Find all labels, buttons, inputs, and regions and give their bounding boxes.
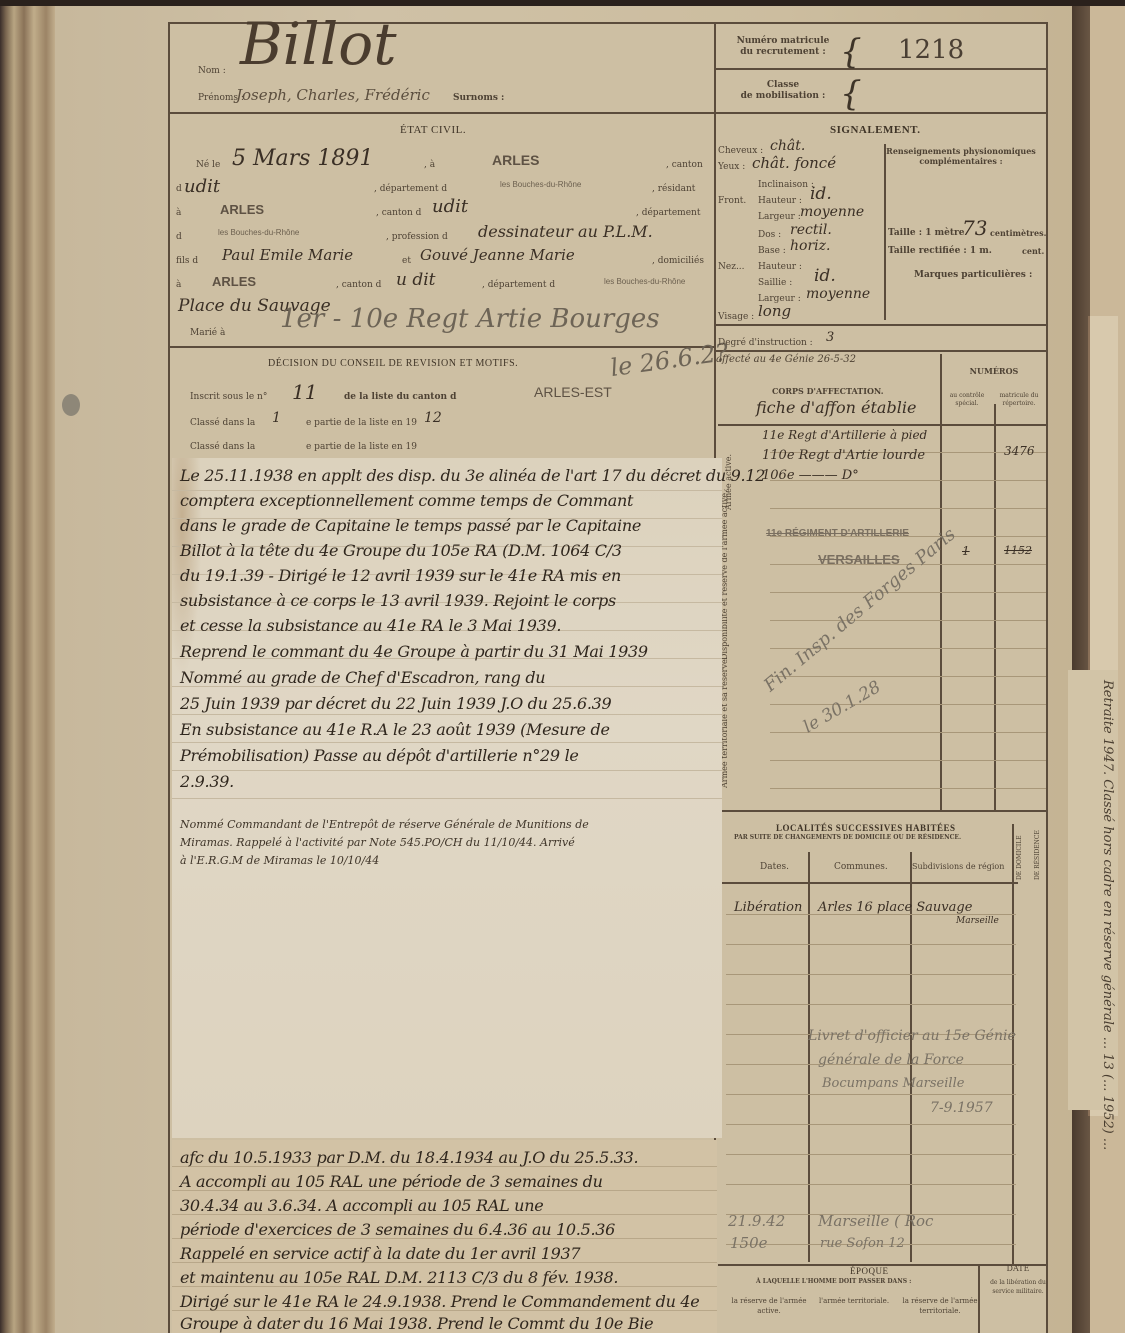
book-spine (0, 6, 60, 1333)
ruling (770, 788, 1046, 789)
ruling (726, 1004, 1016, 1005)
epoque-date-subtitle: de la libération du service militaire. (988, 1278, 1048, 1296)
front-largeur-label: Largeur : (758, 212, 801, 222)
nez-largeur-value: moyenne (806, 286, 870, 302)
ruling (726, 1184, 1016, 1185)
ruling (172, 798, 722, 799)
departement-value-2: les Bouches-du-Rhône (218, 228, 299, 237)
birth-place: ARLES (492, 152, 539, 168)
parents-departement-value: les Bouches-du-Rhône (604, 277, 685, 286)
disponibilite-number-2: 1152 (1004, 544, 1032, 557)
front-label: Front. (718, 196, 746, 206)
fiche-note: fiche d'affon établie (756, 398, 916, 417)
side-handwritten-note: Retraite 1947. Classé hors cadre en rése… (1075, 680, 1115, 1100)
ruling (726, 1094, 1016, 1095)
parents-place: ARLES (212, 274, 256, 289)
typed-note-line-1: Nommé Commandant de l'Entrepôt de réserv… (180, 818, 589, 831)
classe2-label-a: Classé dans la (190, 442, 255, 452)
canton-label: , canton (666, 160, 703, 170)
annotation-line-9: Nommé au grade de Chef d'Escadron, rang … (180, 668, 545, 687)
ruling (726, 1154, 1016, 1155)
localite-row-1-commune: Arles 16 place Sauvage (818, 900, 972, 915)
col-controle: au contrôle spécial. (942, 392, 992, 408)
armee-active-entry-1: 11e Regt d'Artillerie à pied (762, 428, 927, 442)
degre-value: 3 (826, 330, 834, 345)
signalement-divider (884, 144, 886, 320)
parents-a-label: à (176, 280, 181, 290)
col-side-2: DE RÉSIDENCE (1034, 830, 1041, 880)
annotation-line-12: Prémobilisation) Passe au dépôt d'artill… (180, 746, 579, 765)
affectation-header-bottom (718, 424, 1048, 426)
departement-d-label: d (176, 232, 182, 242)
lower-annotation-line-5: Rappelé en service actif à la date du 1e… (180, 1244, 580, 1263)
localite-row-6-commune: Marseille ( Roc (818, 1212, 933, 1230)
lower-annotation-line-7: Dirigé sur le 41e RA le 24.9.1938. Prend… (180, 1292, 699, 1311)
localite-row-5: 7-9.1957 (930, 1100, 993, 1116)
ruling (770, 704, 1046, 705)
departement-value: les Bouches-du-Rhône (500, 180, 581, 189)
numeros-title: NUMÉROS (944, 366, 1044, 376)
classe1-year: 12 (424, 410, 442, 426)
matricule-value: 1218 (898, 35, 964, 65)
lower-annotation-line-8: Groupe à dater du 16 Mai 1938. Prend le … (180, 1314, 653, 1333)
lower-annotation-line-3: 30.4.34 au 3.6.34. A accompli au 105 RAL… (180, 1196, 543, 1215)
ruling (726, 974, 1016, 975)
localites-header-bottom (718, 882, 1018, 884)
header-divider-left (170, 112, 714, 114)
decision-title: DÉCISION DU CONSEIL DE REVISION ET MOTIF… (268, 358, 518, 369)
classe-label-2: de mobilisation : (728, 91, 838, 101)
domicilies-label: , domiciliés (652, 256, 704, 266)
pasted-annotation-slip-lower: afc du 10.5.1933 par D.M. du 18.4.1934 a… (172, 1140, 717, 1333)
lower-annotation-line-4: période d'exercices de 3 semaines du 6.4… (180, 1220, 615, 1239)
taille-unit: centimètres. (990, 228, 1046, 238)
residence-a-label: à (176, 208, 181, 218)
dos-label: Dos : (758, 230, 781, 240)
ruling (770, 676, 1046, 677)
armee-active-entry-2: 110e Regt d'Artie lourde (762, 448, 925, 463)
front-hauteur-label: Hauteur : (758, 196, 802, 206)
prenoms-value: Joseph, Charles, Frédéric (236, 86, 430, 104)
localite-row-6-date: 21.9.42 (728, 1212, 785, 1230)
typed-note-line-2: Miramas. Rappelé à l'activité par Note 5… (180, 836, 575, 849)
localite-row-7-date: 150e (730, 1234, 768, 1252)
renseignements-label-2: complémentaires : (886, 156, 1036, 166)
lower-annotation-line-2: A accompli au 105 RAL une période de 3 s… (180, 1172, 603, 1191)
annotation-line-1: Le 25.11.1938 en applt des disp. du 3e a… (180, 466, 765, 485)
ruling (726, 1124, 1016, 1125)
degre-label: Degré d'instruction : (718, 338, 813, 348)
annotation-line-6: subsistance à ce corps le 13 avril 1939.… (180, 591, 616, 610)
annotation-line-7: et cesse la subsistance au 41e RA le 3 M… (180, 616, 561, 635)
nez-label: Nez... (718, 262, 745, 272)
affectation-bottom (714, 810, 1048, 812)
localite-row-3: générale de la Force (818, 1052, 964, 1068)
renseignements-label-1: Renseignements physionomiques (886, 146, 1036, 156)
pasted-annotation-slip: Le 25.11.1938 en applt des disp. du 3e a… (172, 458, 722, 1138)
ruling (726, 944, 1016, 945)
localite-row-2: Livret d'officier au 15e Génie (808, 1028, 1016, 1044)
localite-row-7-commune: rue Sofon 12 (820, 1236, 905, 1251)
profession-value: dessinateur au P.L.M. (478, 222, 653, 241)
taille-rectifiee-label: Taille rectifiée : 1 m. (888, 246, 992, 256)
marques-label: Marques particulières : (914, 270, 1032, 280)
annotation-line-4: Billot à la tête du 4e Groupe du 105e RA… (180, 541, 622, 560)
typed-note-line-3: à l'E.R.G.M de Miramas le 10/10/44 (180, 854, 379, 867)
ruling (172, 770, 722, 771)
front-largeur-value: moyenne (800, 204, 864, 220)
col-side-1: DE DOMICILE (1016, 835, 1023, 880)
signalement-bottom (714, 324, 1048, 326)
epoque-col-3: la réserve de l'armée territoriale. (900, 1296, 980, 1316)
header-divider-right (714, 112, 1048, 114)
mother-name: Gouvé Jeanne Marie (420, 246, 575, 264)
inscrit-label: Inscrit sous le n° (190, 392, 267, 402)
inscrit-value: 11 (292, 380, 317, 404)
liste-canton-label: de la liste du canton d (344, 392, 456, 402)
classe-label-1: Classe (728, 80, 838, 90)
taille-rectifiee-unit: cent. (1022, 246, 1044, 256)
residant-label: , résidant (652, 184, 695, 194)
epoque-date-title: DATE (988, 1264, 1048, 1273)
classe1-value: 1 (272, 410, 281, 426)
visage-label: Visage : (718, 312, 754, 322)
disponibilite-stamp-2: VERSAILLES (818, 552, 900, 567)
overwrite-note: 1er - 10e Regt Artie Bourges (280, 304, 660, 334)
affectation-top-note: affecté au 4e Génie 26-5-32 (716, 354, 856, 365)
localites-col3 (1012, 824, 1014, 1264)
lower-annotation-line-6: et maintenu au 105e RAL D.M. 2113 C/3 du… (180, 1268, 618, 1287)
departement-label-2: , département (636, 208, 700, 218)
parents-canton-value: u dit (396, 270, 436, 290)
signalement-title: SIGNALEMENT. (830, 124, 920, 136)
base-label: Base : (758, 246, 786, 256)
localite-row-1-date: Libération (734, 900, 802, 915)
armee-active-number: 3476 (1004, 444, 1035, 458)
marie-label: Marié à (190, 328, 225, 338)
a-label: , à (424, 160, 435, 170)
birth-date: 5 Mars 1891 (232, 146, 373, 171)
matricule-divider (714, 68, 1048, 70)
residence-canton-value: udit (432, 196, 468, 217)
degre-bottom (714, 350, 1048, 352)
epoque-col-2: l'armée territoriale. (812, 1296, 896, 1306)
nom-value: Billot (240, 10, 397, 78)
localites-title: LOCALITÉS SUCCESSIVES HABITÉES (776, 823, 956, 833)
annotation-line-10: 25 Juin 1939 par décret du 22 Juin 1939 … (180, 694, 611, 713)
front-hauteur-value: id. (810, 184, 832, 204)
canton-d-label: d (176, 184, 182, 194)
surnoms-label: Surnoms : (453, 93, 504, 103)
residence-canton-label: , canton d (376, 208, 421, 218)
epoque-title: ÉPOQUE (850, 1266, 889, 1276)
etat-civil-bottom (170, 346, 714, 348)
annotation-line-8: Reprend le commant du 4e Groupe à partir… (180, 642, 648, 661)
disponibilite-number-1: 1 (962, 544, 970, 558)
annotation-line-13: 2.9.39. (180, 772, 234, 791)
col-subdivisions: Subdivisions de région (912, 862, 1004, 871)
matricule-label-1: Numéro matricule (728, 36, 838, 46)
ruling (770, 620, 1046, 621)
departement-label: , département d (374, 184, 447, 194)
annotation-line-2: comptera exceptionnellement comme temps … (180, 491, 633, 510)
saillie-value: id. (814, 266, 836, 286)
cheveux-value: chât. (770, 138, 805, 154)
ne-le-label: Né le (196, 160, 220, 170)
yeux-label: Yeux : (718, 162, 745, 172)
taille-value: 73 (962, 216, 987, 240)
ruling (172, 714, 722, 715)
lower-annotation-line-1: afc du 10.5.1933 par D.M. du 18.4.1934 a… (180, 1148, 638, 1167)
col-dates: Dates. (760, 862, 789, 872)
col-communes: Communes. (834, 862, 888, 872)
annotation-line-5: du 19.1.39 - Dirigé le 12 avril 1939 sur… (180, 566, 621, 585)
profession-label: , profession d (386, 232, 448, 242)
base-value: horiz. (790, 238, 830, 254)
affectation-title: CORPS D'AFFECTATION. (772, 386, 884, 396)
localite-row-4: Bocumpans Marseille (822, 1076, 964, 1091)
localite-row-1-subdivision: Marseille (956, 916, 999, 926)
parents-departement-label: , département d (482, 280, 555, 290)
fils-label: fils d (176, 256, 198, 266)
dos-value: rectil. (790, 222, 832, 238)
nom-label: Nom : (198, 66, 226, 76)
ruling (172, 742, 722, 743)
yeux-value: chât. foncé (752, 154, 836, 172)
col-matricule: matricule du répertoire. (994, 392, 1044, 408)
epoque-subtitle: À LAQUELLE L'HOMME DOIT PASSER DANS : (756, 1278, 911, 1285)
parents-canton-label: , canton d (336, 280, 381, 290)
matricule-label-2: du recrutement : (728, 47, 838, 57)
numeros-divider (940, 354, 942, 810)
numeros-col-divider (994, 404, 996, 810)
armee-active-entry-3: 106e ——— D° (762, 468, 859, 483)
inclinaison-label: Inclinaison : (758, 180, 814, 190)
father-name: Paul Emile Marie (222, 246, 353, 264)
ruling (770, 508, 1046, 509)
localites-subtitle: PAR SUITE DE CHANGEMENTS DE DOMICILE OU … (734, 834, 961, 841)
etat-civil-title: ÉTAT CIVIL. (400, 124, 466, 136)
punch-hole (62, 394, 80, 416)
classe1-label-a: Classé dans la (190, 418, 255, 428)
ruling (770, 760, 1046, 761)
annotation-line-11: En subsistance au 41e R.A le 23 août 193… (180, 720, 610, 739)
disponibilite-stamp-1: 11e RÉGIMENT D'ARTILLERIE (766, 528, 909, 539)
et-label: et (402, 256, 411, 266)
visage-value: long (758, 302, 791, 320)
canton-value: udit (184, 176, 220, 197)
decision-canton-value: ARLES-EST (534, 384, 612, 400)
epoque-col-1: la réserve de l'armée active. (730, 1296, 808, 1316)
taille-label: Taille : 1 mètre (888, 228, 965, 238)
classe1-label-b: e partie de la liste en 19 (306, 418, 417, 428)
classe2-label-b: e partie de la liste en 19 (306, 442, 417, 452)
saillie-label: Saillie : (758, 278, 792, 288)
nez-hauteur-label: Hauteur : (758, 262, 802, 272)
annotation-line-3: dans le grade de Capitaine le temps pass… (180, 516, 641, 535)
residence-value: ARLES (220, 202, 264, 217)
ruling (770, 592, 1046, 593)
